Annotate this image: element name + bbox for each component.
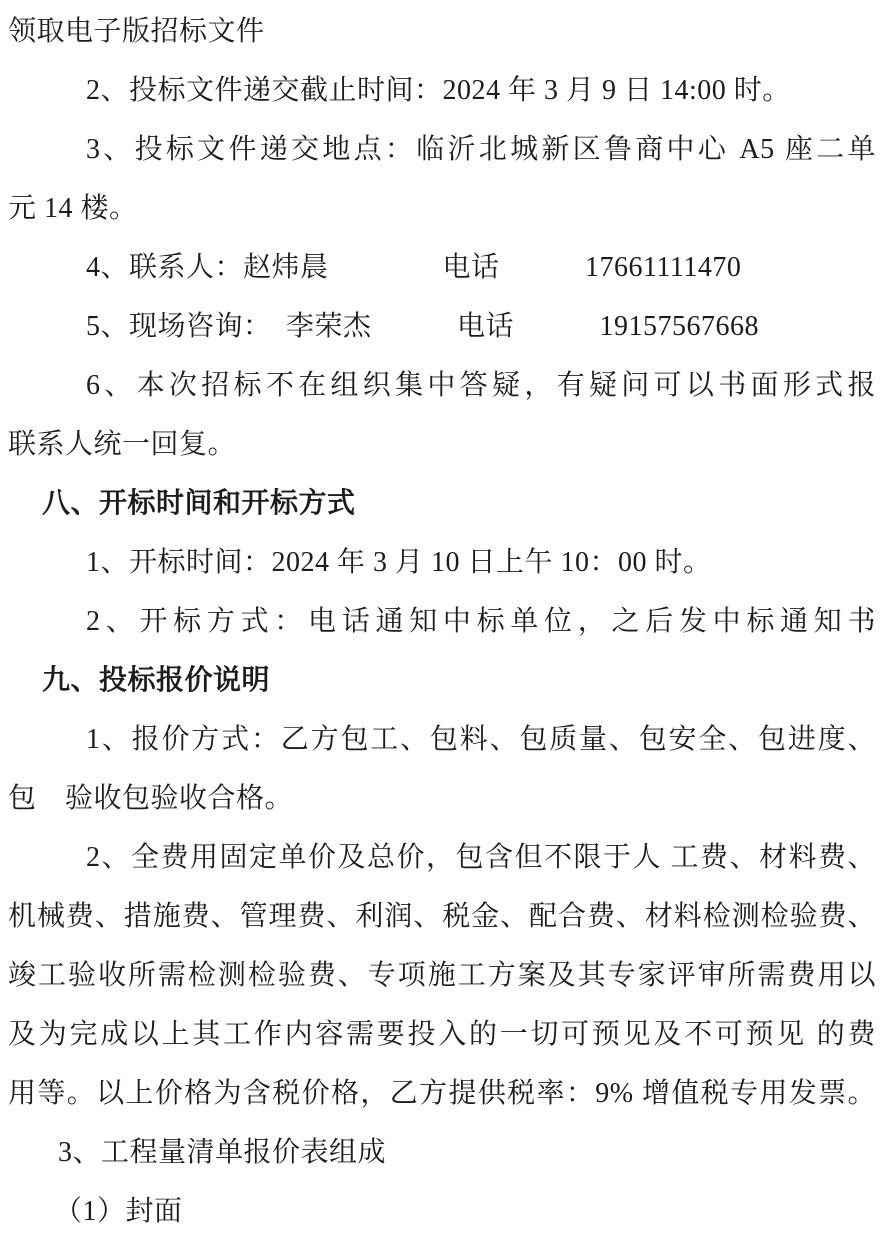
para-submission-address-cont: 元 14 楼。 [8, 179, 876, 238]
heading-bid-price-notes: 九、投标报价说明 [8, 651, 876, 710]
para-full-cost: 2、全费用固定单价及总价，包含但不限于人 工费、材料费、 [8, 828, 876, 887]
para-quote-method-cont: 包 验收包验收合格。 [8, 769, 876, 828]
para-full-cost-cont-1: 机械费、措施费、管理费、利润、税金、配合费、材料检测检验费、 [8, 887, 876, 946]
para-full-cost-cont-4: 用等。以上价格为含税价格，乙方提供税率：9% 增值税专用发票。 [8, 1064, 876, 1123]
line-pickup-tender-file: 领取电子版招标文件 [8, 2, 876, 61]
para-boq-composition: 3、工程量清单报价表组成 [8, 1123, 876, 1182]
para-submission-deadline: 2、投标文件递交截止时间：2024 年 3 月 9 日 14:00 时。 [8, 61, 876, 120]
para-contact-person: 4、联系人：赵炜晨 电话 17661111470 [8, 238, 876, 297]
para-submission-address: 3、投标文件递交地点：临沂北城新区鲁商中心 A5 座二单 [8, 120, 876, 179]
para-full-cost-cont-3: 及为完成以上其工作内容需要投入的一切可预见及不可预见 的费 [8, 1005, 876, 1064]
item-cover: （1）封面 [8, 1182, 876, 1241]
para-no-centralized-qa: 6、本次招标不在组织集中答疑，有疑问可以书面形式报 [8, 356, 876, 415]
para-full-cost-cont-2: 竣工验收所需检测检验费、专项施工方案及其专家评审所需费用以 [8, 946, 876, 1005]
document-page: 领取电子版招标文件 2、投标文件递交截止时间：2024 年 3 月 9 日 14… [0, 0, 890, 1242]
para-quote-method: 1、报价方式：乙方包工、包料、包质量、包安全、包进度、 [8, 710, 876, 769]
para-no-centralized-qa-cont: 联系人统一回复。 [8, 415, 876, 474]
para-bid-opening-method: 2、开标方式：电话通知中标单位，之后发中标通知书 [8, 592, 876, 651]
heading-bid-opening: 八、开标时间和开标方式 [8, 474, 876, 533]
para-site-consult: 5、现场咨询： 李荣杰 电话 19157567668 [8, 297, 876, 356]
para-bid-opening-time: 1、开标时间：2024 年 3 月 10 日上午 10：00 时。 [8, 533, 876, 592]
